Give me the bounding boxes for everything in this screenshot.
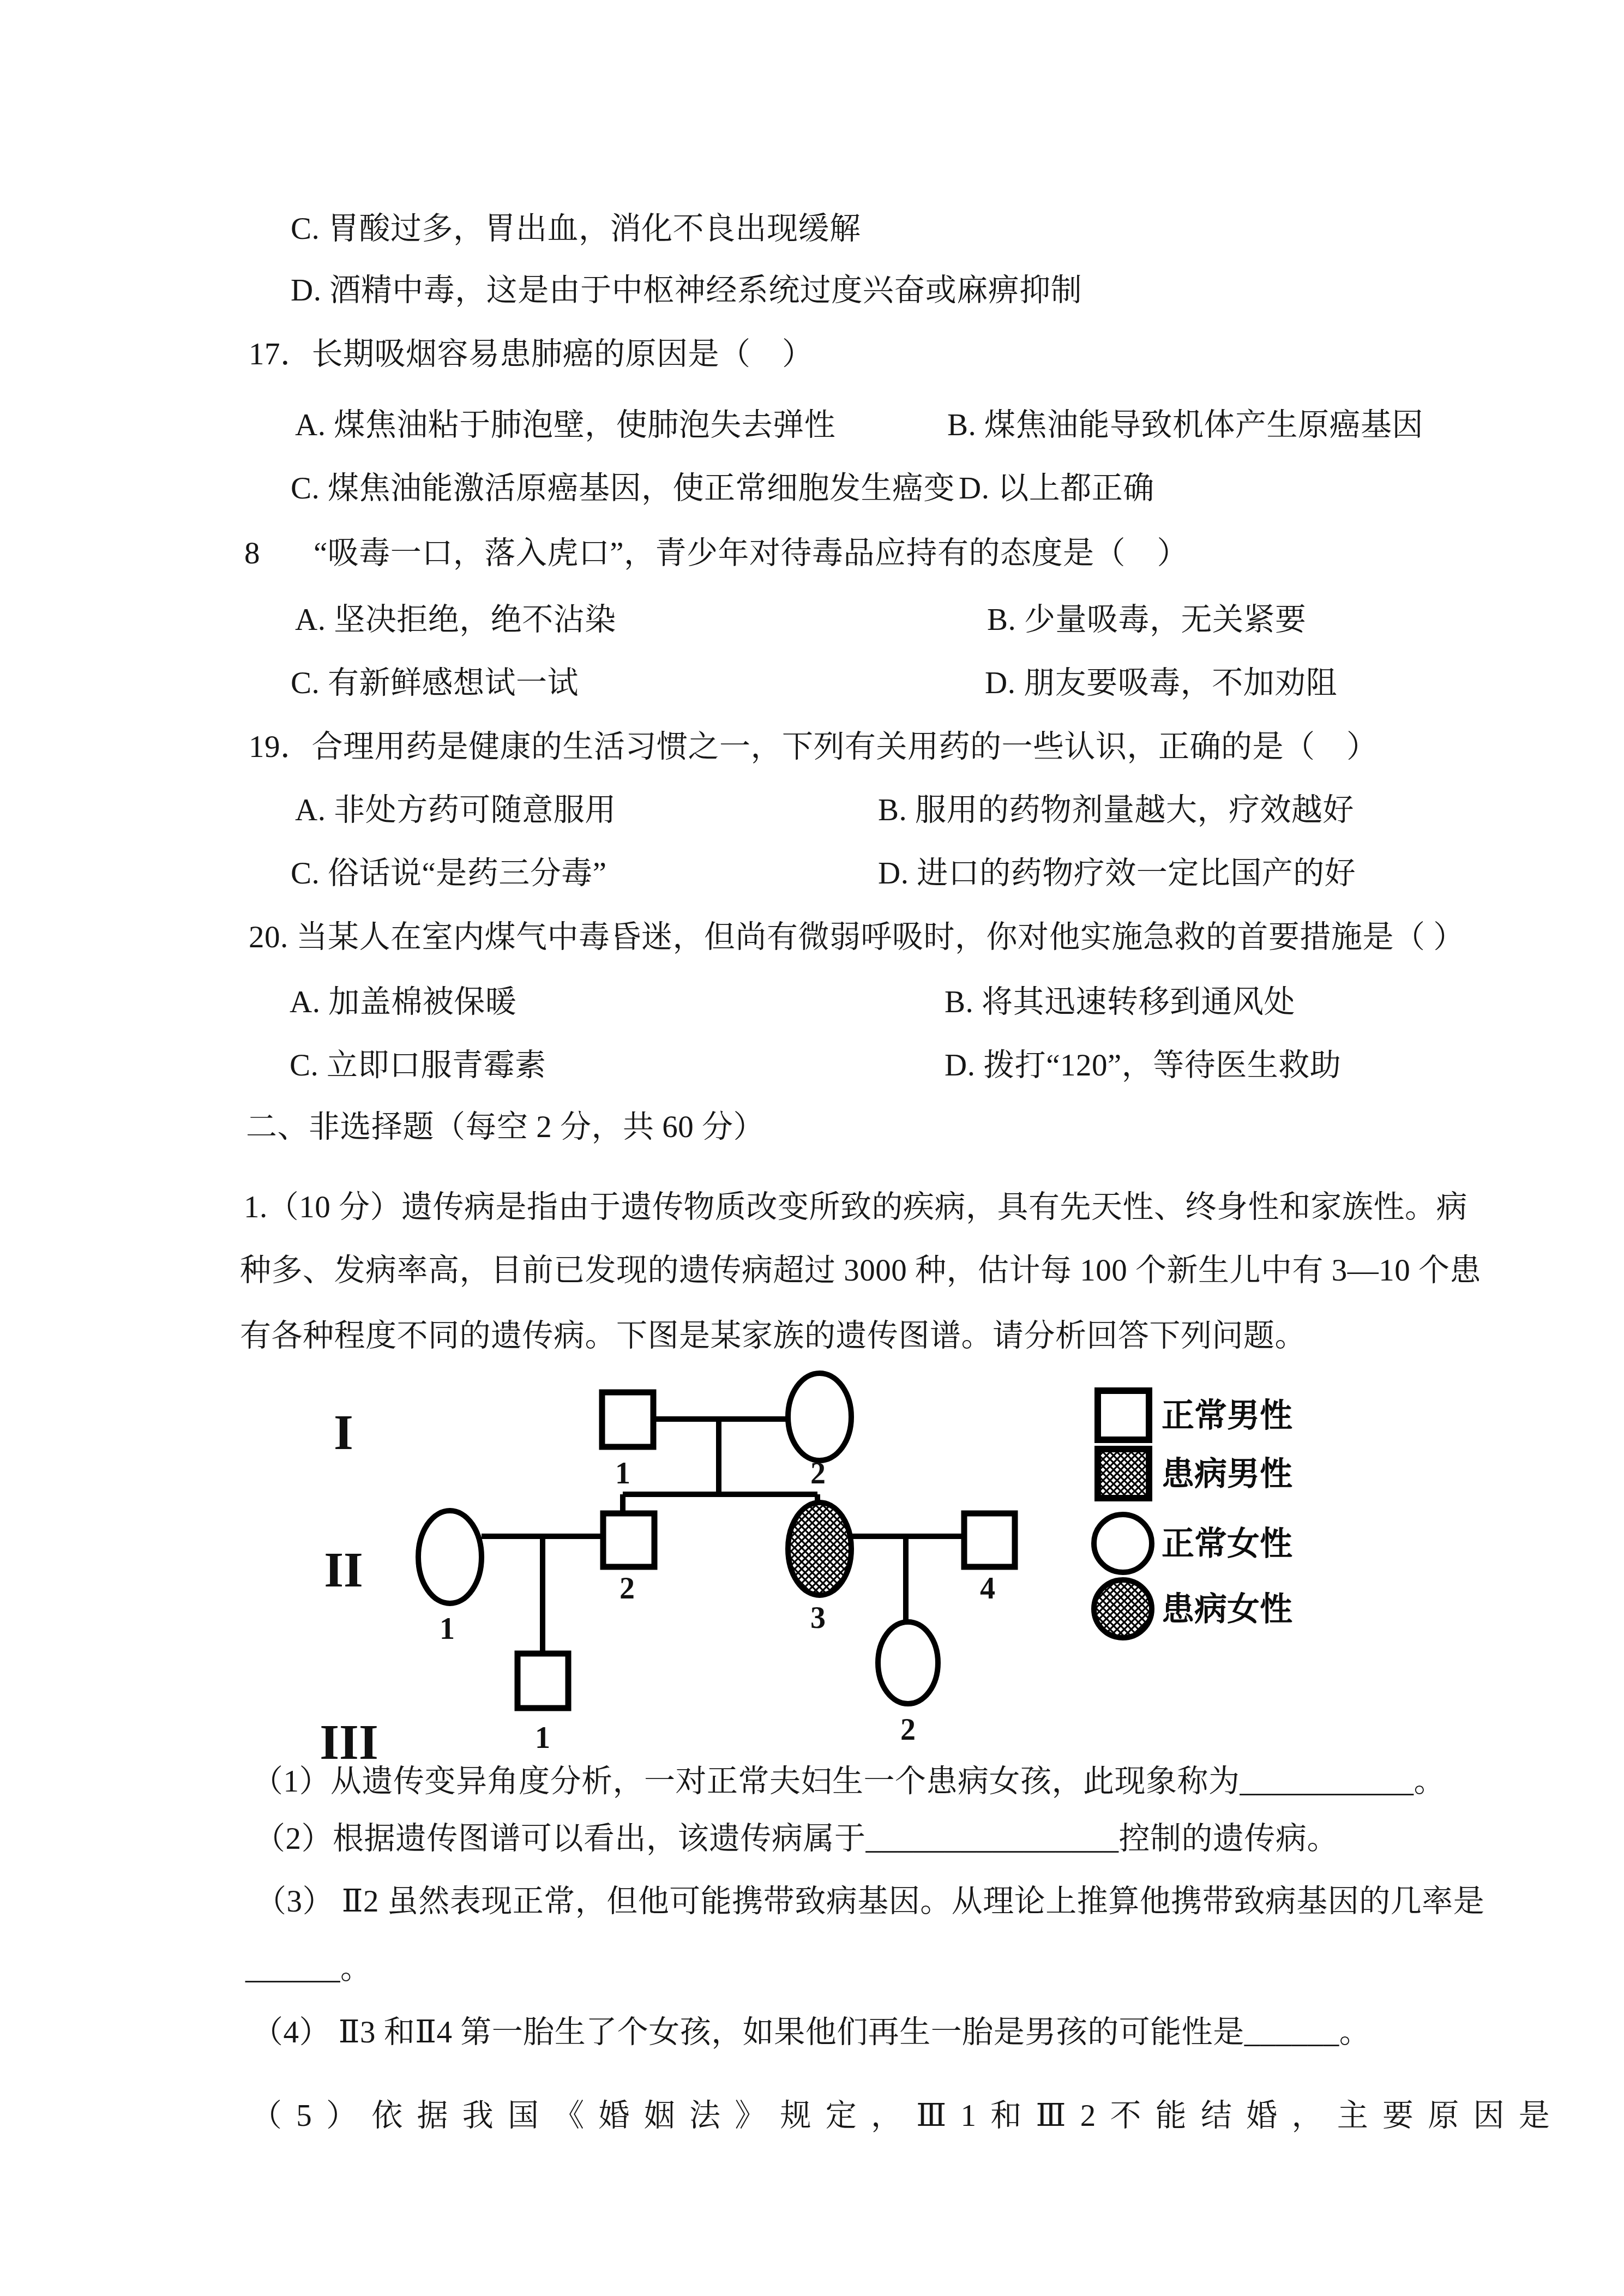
- option-20-d: D. 拨打“120”，等待医生救助: [945, 1045, 1341, 1086]
- question-20: 20. 当某人在室内煤气中毒昏迷，但尚有微弱呼吸时，你对他实施急救的首要措施是（…: [249, 917, 1465, 958]
- section-2-header: 二、非选择题（每空 2 分，共 60 分）: [246, 1107, 765, 1147]
- question-1-paragraph-line-3: 有各种程度不同的遗传病。下图是某家族的遗传图谱。请分析回答下列问题。: [240, 1316, 1306, 1356]
- pedigree-II4-number: 4: [980, 1572, 995, 1606]
- pedigree-I2-normal-female-circle: [788, 1373, 851, 1460]
- pedigree-II1-normal-female-circle: [418, 1511, 482, 1603]
- pedigree-II4-normal-male-square: [964, 1513, 1015, 1567]
- question-18-number: 8: [244, 533, 260, 574]
- pedigree-I1-normal-male-square: [602, 1392, 653, 1447]
- pedigree-III1-number: 1: [535, 1721, 550, 1755]
- pedigree-diagram: I II III 1 2 1 2 3 4 1: [305, 1363, 1352, 1778]
- subquestion-2: （2）根据遗传图谱可以看出，该遗传病属于________________控制的遗…: [254, 1819, 1338, 1859]
- generation-label-2: II: [324, 1542, 363, 1597]
- subquestion-5: （ 5 ） 依 据 我 国 《 婚 姻 法 》 规 定 ， Ⅲ 1 和 Ⅲ 2 …: [251, 2096, 1553, 2136]
- question-1-paragraph-line-2: 种多、发病率高，目前已发现的遗传病超过 3000 种，估计每 100 个新生儿中…: [240, 1251, 1481, 1291]
- legend-normal-female-label: 正常女性: [1162, 1525, 1292, 1563]
- option-19-b: B. 服用的药物剂量越大，疗效越好: [878, 790, 1354, 831]
- question-18: “吸毒一口，落入虎口”，青少年对待毒品应持有的态度是（ ）: [314, 533, 1188, 574]
- option-19-c: C. 俗话说“是药三分毒”: [291, 854, 607, 894]
- legend-affected-male-icon: [1098, 1449, 1149, 1498]
- question-1-paragraph-line-1: 1.（10 分）遗传病是指由于遗传物质改变所致的疾病，具有先天性、终身性和家族性…: [244, 1187, 1467, 1228]
- question-17: 17．长期吸烟容易患肺癌的原因是（ ）: [249, 334, 814, 375]
- option-20-c: C. 立即口服青霉素: [290, 1045, 546, 1086]
- legend-normal-female-icon: [1094, 1514, 1152, 1572]
- option-17-c: C. 煤焦油能激活原癌基因，使正常细胞发生癌变: [291, 468, 955, 509]
- pedigree-legend: 正常男性 患病男性 正常女性 患病女性: [1094, 1391, 1292, 1638]
- option-18-d: D. 朋友要吸毒，不加劝阻: [985, 663, 1337, 704]
- exam-paper-page: C. 胃酸过多，胃出血，消化不良出现缓解 D. 酒精中毒，这是由于中枢神经系统过…: [0, 0, 1624, 2296]
- option-16-c: C. 胃酸过多，胃出血，消化不良出现缓解: [291, 209, 861, 249]
- legend-affected-male-label: 患病男性: [1162, 1455, 1292, 1493]
- subquestion-1: （1）从遗传变异角度分析，一对正常夫妇生一个患病女孩，此现象称为________…: [252, 1762, 1445, 1802]
- option-17-b: B. 煤焦油能导致机体产生原癌基因: [947, 405, 1423, 446]
- option-17-d: D. 以上都正确: [959, 468, 1154, 509]
- legend-affected-female-icon: [1094, 1580, 1152, 1638]
- option-18-c: C. 有新鲜感想试一试: [291, 663, 579, 704]
- legend-normal-male-label: 正常男性: [1162, 1397, 1292, 1435]
- subquestion-3-blank-line: ______。: [245, 1949, 372, 1989]
- option-19-a: A. 非处方药可随意服用: [295, 790, 616, 831]
- option-16-d: D. 酒精中毒，这是由于中枢神经系统过度兴奋或麻痹抑制: [291, 271, 1082, 311]
- subquestion-4: （4） Ⅱ3 和Ⅱ4 第一胎生了个女孩，如果他们再生一胎是男孩的可能性是____…: [252, 2012, 1370, 2053]
- pedigree-III2-normal-female-circle: [878, 1622, 938, 1704]
- pedigree-II3-number: 3: [810, 1601, 826, 1635]
- legend-normal-male-icon: [1098, 1391, 1149, 1440]
- pedigree-II2-normal-male-square: [603, 1513, 654, 1567]
- pedigree-III1-normal-male-square: [518, 1654, 568, 1708]
- pedigree-II3-affected-female-circle: [788, 1502, 851, 1595]
- question-19: 19．合理用药是健康的生活习惯之一，下列有关用药的一些认识，正确的是（ ）: [249, 727, 1378, 767]
- option-18-b: B. 少量吸毒，无关紧要: [987, 600, 1307, 640]
- pedigree-I1-number: 1: [615, 1457, 630, 1490]
- pedigree-connectors: [482, 1419, 964, 1654]
- option-20-b: B. 将其迅速转移到通风处: [945, 982, 1295, 1023]
- generation-label-1: I: [334, 1404, 353, 1460]
- option-18-a: A. 坚决拒绝，绝不沾染: [295, 600, 616, 640]
- pedigree-I2-number: 2: [810, 1457, 826, 1490]
- option-19-d: D. 进口的药物疗效一定比国产的好: [878, 854, 1356, 894]
- pedigree-III2-number: 2: [900, 1713, 916, 1747]
- legend-affected-female-label: 患病女性: [1162, 1590, 1292, 1628]
- pedigree-II2-number: 2: [619, 1572, 635, 1606]
- subquestion-3: （3） Ⅱ2 虽然表现正常，但他可能携带致病基因。从理论上推算他携带致病基因的几…: [255, 1882, 1484, 1922]
- option-17-a: A. 煤焦油粘于肺泡壁，使肺泡失去弹性: [295, 405, 835, 446]
- pedigree-II1-number: 1: [440, 1612, 455, 1646]
- option-20-a: A. 加盖棉被保暖: [290, 982, 516, 1023]
